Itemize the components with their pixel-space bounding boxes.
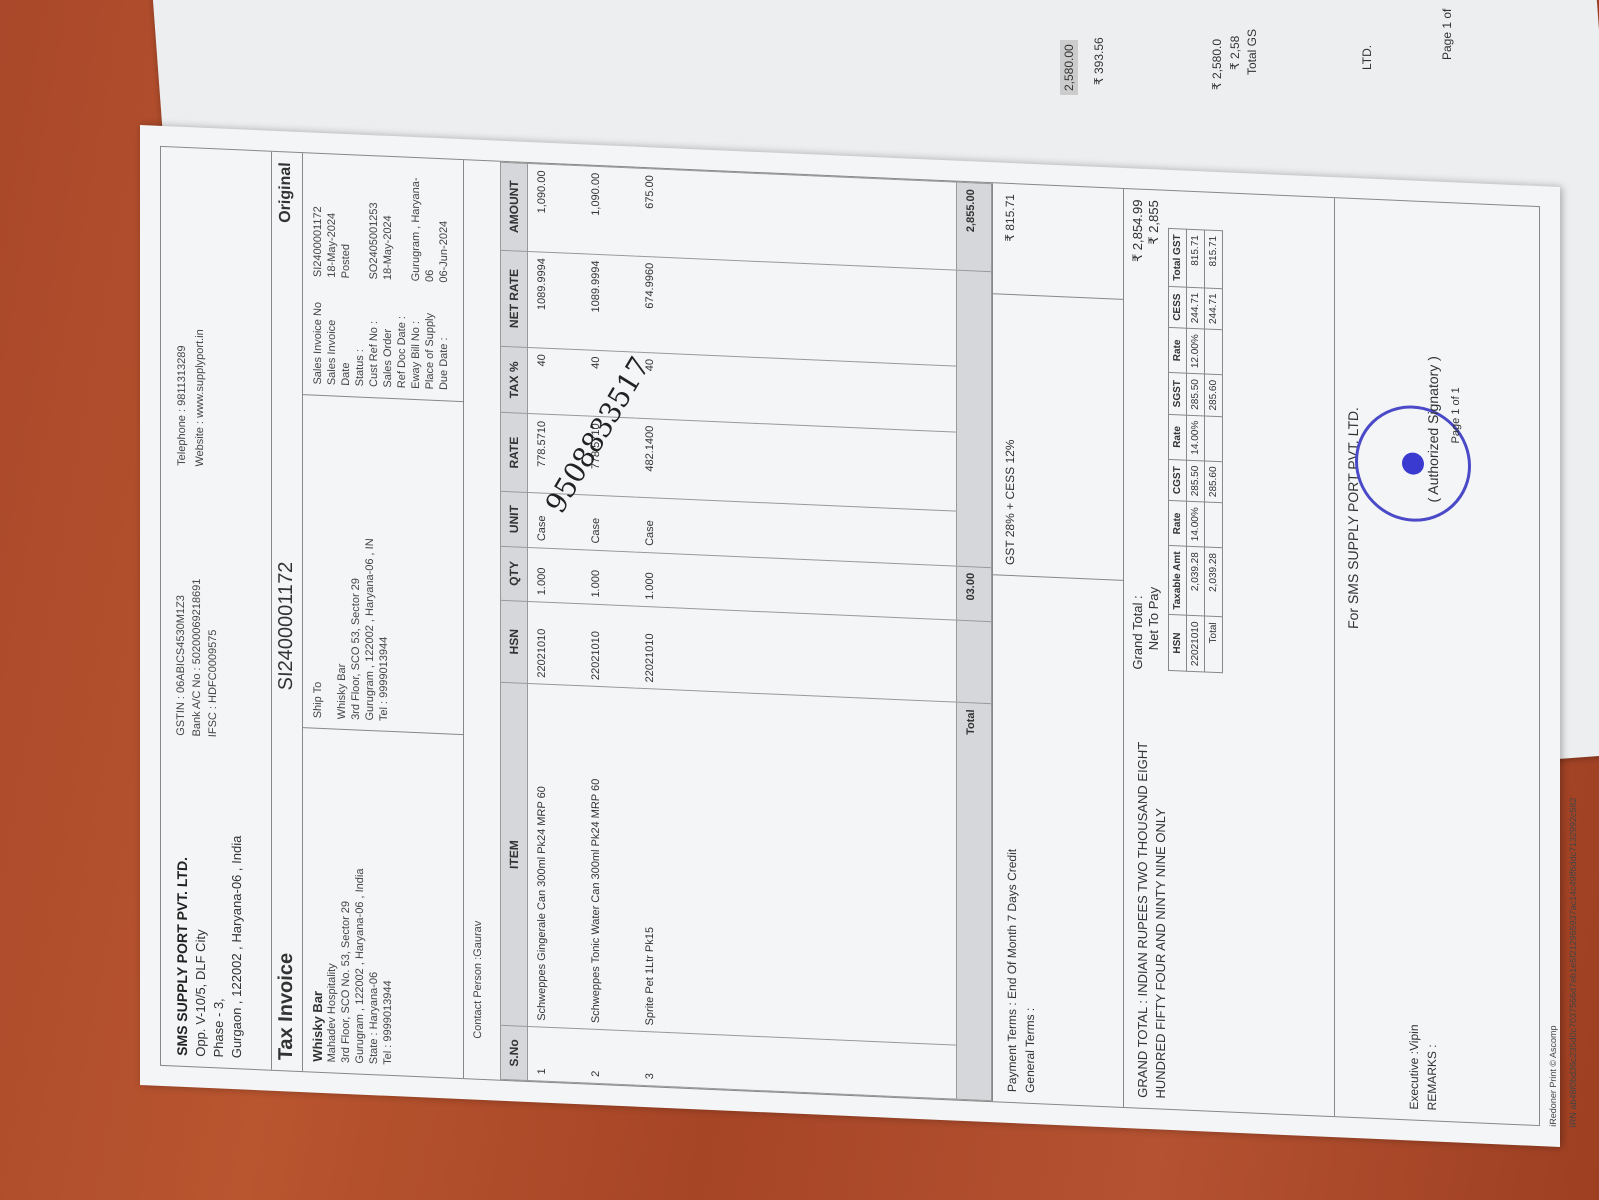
tax-col-header: CGST [1169, 459, 1187, 501]
table-cell: 22021010 [528, 601, 583, 686]
items-table: S.No ITEM HSN QTY UNIT RATE TAX % NET RA… [500, 162, 992, 1101]
tax-col-header: CESS [1169, 286, 1187, 328]
back-grand: ₹ 2,580.0 [1210, 39, 1224, 90]
grand-total-value: ₹ 2,854.99 [1130, 199, 1146, 262]
title-bar: Tax Invoice SI2400001172 Original [272, 152, 303, 1071]
empty-cell [957, 620, 992, 704]
col-header: HSN [501, 600, 528, 684]
back-page: Page 1 of [1440, 9, 1454, 60]
table-cell: 2 [582, 1029, 636, 1085]
bill-to-line: 3rd Floor, SCO No. 53, Sector 29 [339, 740, 353, 1063]
stamp-dot [1402, 452, 1424, 475]
company-address-1: Opp. V-10/5, DLF City [193, 929, 208, 1057]
table-cell: 1.000 [528, 547, 583, 603]
empty-cell [690, 171, 957, 270]
back-total-gst: Total GS [1245, 29, 1259, 75]
tax-cell: 244.71 [1187, 287, 1205, 329]
meta-label: Ref Doc Date : [395, 298, 409, 388]
signatory-label: ( Authorized Signatory ) [1425, 356, 1441, 503]
table-cell: 482.1400 [636, 419, 690, 500]
net-to-pay-label: Net To Pay [1146, 587, 1162, 651]
empty-cell [690, 499, 957, 565]
invoice-number: SI2400001172 [275, 561, 298, 691]
meta-labels: Sales Invoice No Sales Invoice Date Stat… [311, 295, 455, 391]
tax-cell: 285.50 [1187, 460, 1205, 502]
bill-to: Whisky Bar Mahadev Hospitality 3rd Floor… [303, 728, 463, 1078]
tax-note: GST 28% + CESS 12% [993, 293, 1123, 580]
meta-label: Sales Invoice No [311, 295, 325, 385]
payment-terms-value: End Of Month 7 Days Credit [1005, 849, 1019, 1000]
payment-terms: Payment Terms : End Of Month 7 Days Cred… [993, 574, 1123, 1107]
bill-to-line: State : Haryana-06 [367, 741, 381, 1064]
gstin-value: 06ABICS4530M1Z3 [175, 595, 187, 693]
total-amount: 2,855.00 [957, 182, 992, 271]
company-address-3: Gurgaon , 122002 , Haryana-06 , India [229, 835, 244, 1058]
table-cell: 1089.9994 [582, 253, 636, 351]
table-cell: 1 [528, 1027, 583, 1083]
empty-cell [690, 354, 957, 432]
executive-block: Executive :Vipin REMARKS : [1335, 638, 1475, 1122]
col-header: UNIT [501, 491, 528, 547]
copy-label: Original [277, 162, 295, 223]
table-cell: 22021010 [636, 606, 690, 691]
meta-label: Cust Ref No : [367, 297, 381, 387]
authorized-signatory-block: For SMS SUPPLY PORT PVT. LTD. ( Authoriz… [1335, 198, 1475, 644]
tax-note-amount: ₹ 815.71 [993, 183, 1123, 299]
company-name: SMS SUPPLY PORT PVT. LTD. [174, 857, 190, 1057]
ship-to-name: Whisky Bar [335, 406, 349, 719]
for-company-label: For SMS SUPPLY PORT PVT. LTD. [1345, 209, 1361, 630]
ifsc-label: IFSC : [207, 706, 219, 738]
table-cell: 674.9960 [636, 256, 690, 354]
company-tax-block: GSTIN : 06ABICS4530M1Z3 Bank A/C No : 50… [173, 578, 221, 738]
amount-in-words: GRAND TOTAL : INDIAN RUPEES TWO THOUSAND… [1124, 679, 1334, 1116]
tax-cell: 815.71 [1187, 229, 1205, 287]
company-contact-block: Telephone : 9811313289 Website : www.sup… [173, 328, 209, 467]
grand-total-label: Grand Total : [1130, 595, 1146, 670]
tax-cell: 285.60 [1205, 461, 1223, 503]
meta-value: Posted [339, 165, 353, 279]
website-value: www.supplyport.in [194, 329, 206, 418]
bill-to-name: Whisky Bar [311, 739, 325, 1062]
meta-label: Place of Supply [423, 300, 437, 390]
tax-col-header: Taxable Amt [1169, 546, 1187, 616]
totals-block: Grand Total : ₹ 2,854.99 Net To Pay ₹ 2,… [1124, 189, 1334, 688]
table-cell: 1.000 [636, 552, 690, 608]
col-header: AMOUNT [501, 162, 528, 251]
empty-cell [690, 421, 957, 511]
meta-label: Status : [353, 297, 367, 387]
tax-col-header: HSN [1169, 615, 1187, 671]
table-cell: 40 [528, 347, 583, 416]
meta-label: Sales Order [381, 298, 395, 388]
grand-total-section: GRAND TOTAL : INDIAN RUPEES TWO THOUSAND… [1123, 189, 1334, 1116]
table-row: 2Schweppes Tonic Water Can 300ml Pk24 MR… [582, 166, 636, 1085]
telephone-value: 9811313289 [176, 345, 188, 406]
tax-cell [1205, 416, 1223, 462]
col-header: TAX % [501, 346, 528, 414]
items-header-row: S.No ITEM HSN QTY UNIT RATE TAX % NET RA… [501, 162, 528, 1080]
company-address-2: Phase - 3, [211, 998, 226, 1058]
tax-col-header: Total GST [1169, 229, 1187, 287]
table-cell: 675.00 [636, 168, 690, 258]
table-cell: 3 [636, 1031, 690, 1087]
bank-value: 50200069218691 [191, 578, 203, 664]
ship-to-line: Gurugram , 122002 , Haryana-06 , IN [363, 408, 377, 721]
table-cell: Case [636, 497, 690, 554]
meta-value: SI2400001172 [311, 163, 325, 277]
tax-cell [1205, 329, 1223, 375]
net-to-pay-value: ₹ 2,855 [1146, 200, 1162, 245]
print-footer: iRedoner Print © Ascomp [1548, 1025, 1558, 1127]
tax-cell: 285.50 [1187, 373, 1205, 415]
remarks-label: REMARKS : [1423, 652, 1441, 1111]
payment-terms-label: Payment Terms : [1005, 1002, 1019, 1092]
ifsc-value: HDFC0009575 [207, 629, 219, 703]
tax-col-header: Rate [1169, 414, 1187, 460]
total-label: Total [957, 702, 992, 1100]
meta-values: SI2400001172 18-May-2024 Posted SO240500… [311, 163, 455, 283]
bank-label: Bank A/C No : [191, 667, 203, 737]
empty-cell [690, 608, 957, 702]
back-amount: 2,580.00 [1060, 40, 1078, 95]
empty-cell [957, 270, 992, 568]
parties-section: Whisky Bar Mahadev Hospitality 3rd Floor… [303, 153, 464, 1078]
tax-col-header: Rate [1169, 328, 1187, 374]
table-filler [690, 171, 957, 1100]
signature-section: Executive :Vipin REMARKS : For SMS SUPPL… [1334, 198, 1475, 1122]
tax-cell [1205, 502, 1223, 548]
back-tax: ₹ 393.56 [1092, 37, 1106, 85]
tax-cell: 2,039.28 [1205, 547, 1223, 617]
tax-col-header: SGST [1169, 373, 1187, 415]
meta-value [395, 167, 409, 281]
executive-name: Executive :Vipin [1405, 651, 1423, 1110]
ship-to-label: Ship To [311, 405, 325, 718]
general-terms-label: General Terms : [1023, 1007, 1037, 1093]
meta-value: 06-Jun-2024 [437, 169, 451, 283]
tax-row: Total2,039.28285.60285.60244.71815.71 [1205, 230, 1223, 673]
tax-cell: 14.00% [1187, 415, 1205, 461]
gstin-label: GSTIN : [175, 696, 187, 736]
tax-cell: 22021010 [1187, 616, 1205, 672]
table-cell: 1089.9994 [528, 251, 583, 349]
page-number: Page 1 of 1 [1450, 387, 1462, 444]
back-sheet-snippets: 2,580.00 ₹ 393.56 ₹ 2,580.0 ₹ 2,58 Total… [1040, 0, 1599, 130]
meta-value: 18-May-2024 [325, 164, 339, 278]
invoice-sheet: SMS SUPPLY PORT PVT. LTD. Opp. V-10/5, D… [140, 125, 1560, 1147]
meta-label: Eway Bill No : [409, 299, 423, 389]
total-row: Total03.002,855.00 [957, 182, 992, 1101]
table-cell: 1,090.00 [582, 166, 636, 256]
table-cell: Sprite Pet 1Ltr Pk15 [636, 688, 690, 1033]
invoice-header: SMS SUPPLY PORT PVT. LTD. Opp. V-10/5, D… [161, 147, 272, 1070]
website-label: Website : [194, 421, 206, 467]
empty-cell [690, 258, 957, 366]
irn-number: IRN ab48f0bd36c235d0c7037566d7eb1e5f2129… [1568, 797, 1578, 1128]
ship-to-line: Tel : 9999013944 [377, 408, 391, 721]
table-cell: 1.000 [582, 549, 636, 605]
ship-to: Ship To Whisky Bar 3rd Floor, SCO 53, Se… [303, 394, 463, 735]
meta-value: Gurugram , Haryana-06 [409, 168, 437, 283]
tax-cell: 2,039.28 [1187, 546, 1205, 616]
table-cell: Case [582, 495, 636, 552]
col-header: QTY [501, 546, 528, 601]
ship-to-line: 3rd Floor, SCO 53, Sector 29 [349, 407, 363, 720]
bill-to-line: Tel : 9999013944 [381, 742, 395, 1065]
tax-cell: Total [1205, 616, 1223, 672]
table-cell: 1,090.00 [528, 163, 583, 253]
table-cell: Schweppes Gingerale Can 300ml Pk24 MRP 6… [528, 684, 583, 1029]
company-block: SMS SUPPLY PORT PVT. LTD. Opp. V-10/5, D… [173, 833, 246, 1059]
contact-person: Contact Person :Gaurav [464, 160, 500, 1080]
tax-cell: 285.60 [1205, 374, 1223, 416]
tax-cell: 14.00% [1187, 501, 1205, 547]
tax-summary-table: HSNTaxable AmtRateCGSTRateSGSTRateCESSTo… [1168, 228, 1223, 673]
tax-col-header: Rate [1169, 501, 1187, 547]
tax-row: 220210102,039.2814.00%285.5014.00%285.50… [1187, 229, 1205, 672]
total-qty: 03.00 [957, 566, 992, 622]
col-header: RATE [501, 413, 528, 493]
document-title: Tax Invoice [275, 952, 298, 1060]
telephone-label: Telephone : [176, 409, 188, 466]
back-ltd: LTD. [1360, 45, 1374, 70]
col-header: ITEM [501, 682, 528, 1026]
meta-value: SO2405001253 [367, 166, 381, 280]
meta-label: Due Date : [437, 300, 451, 390]
col-header: NET RATE [501, 250, 528, 347]
meta-label: Sales Invoice Date [325, 295, 353, 386]
invoice-meta: Sales Invoice No Sales Invoice Date Stat… [303, 153, 463, 401]
table-row: 1Schweppes Gingerale Can 300ml Pk24 MRP … [528, 163, 583, 1082]
bill-to-line: Gurugram , 122002 , Haryana-06 , India [353, 741, 367, 1064]
bill-to-line: Mahadev Hospitality [325, 740, 339, 1063]
meta-value: 18-May-2024 [381, 167, 395, 281]
tax-cell: 12.00% [1187, 328, 1205, 374]
empty-cell [690, 691, 957, 1046]
back-net: ₹ 2,58 [1228, 36, 1242, 70]
meta-value [353, 165, 367, 279]
table-cell: 22021010 [582, 603, 636, 688]
col-header: S.No [501, 1025, 528, 1080]
table-cell: Schweppes Tonic Water Can 300ml Pk24 MRP… [582, 686, 636, 1031]
tax-cell: 815.71 [1205, 230, 1223, 288]
terms-section: Payment Terms : End Of Month 7 Days Cred… [992, 183, 1123, 1107]
table-row: 3Sprite Pet 1Ltr Pk15220210101.000Case48… [636, 168, 690, 1087]
tax-cell: 244.71 [1205, 288, 1223, 330]
